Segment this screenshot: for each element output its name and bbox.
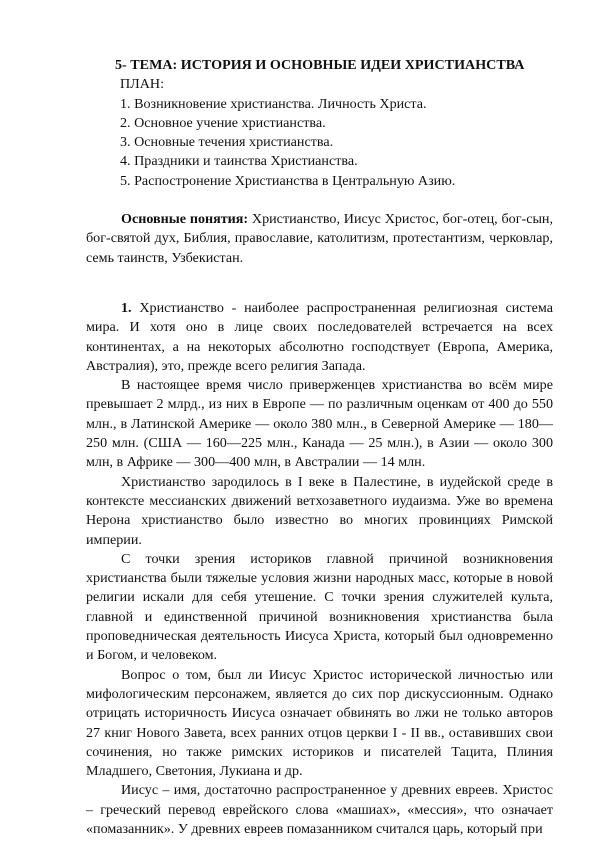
plan-heading: ПЛАН: (120, 75, 553, 94)
body-paragraph: Вопрос о том, был ли Иисус Христос истор… (86, 666, 553, 782)
plan-item: 3. Основные течения христианства. (120, 133, 553, 152)
body-paragraph: Иисус – имя, достаточно распространенное… (86, 781, 553, 839)
key-concepts-paragraph: Основные понятия: Христианство, Иисус Хр… (86, 210, 553, 268)
paragraph-text: Христианство - наиболее распространенная… (86, 300, 553, 374)
plan-item: 5. Распостронение Христианства в Централ… (120, 172, 553, 191)
section1-paragraph: 1. Христианство - наиболее распространен… (86, 299, 553, 376)
body-paragraph: Христианство зародилось в I веке в Палес… (86, 473, 553, 550)
plan-item: 4. Праздники и таинства Христианства. (120, 152, 553, 171)
plan-section: ПЛАН: 1. Возникновение христианства. Лич… (120, 75, 553, 191)
document-title: 5- ТЕМА: ИСТОРИЯ И ОСНОВНЫЕ ИДЕИ ХРИСТИА… (115, 56, 553, 75)
body-paragraph: С точки зрения историков главной причино… (86, 550, 553, 666)
plan-item: 2. Основное учение христианства. (120, 114, 553, 133)
body-paragraph: В настоящее время число приверженцев хри… (86, 376, 553, 472)
section-number: 1. (121, 300, 132, 316)
key-concepts-label: Основные понятия: (121, 211, 248, 227)
document-page: 5- ТЕМА: ИСТОРИЯ И ОСНОВНЫЕ ИДЕИ ХРИСТИА… (86, 56, 553, 839)
plan-item: 1. Возникновение христианства. Личность … (120, 95, 553, 114)
